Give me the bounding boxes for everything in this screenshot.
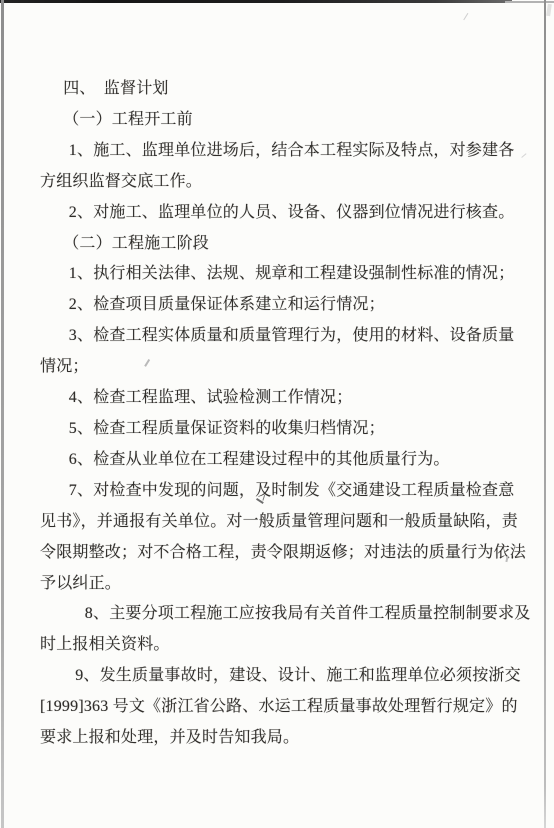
doc-line: 时上报相关资料。 <box>40 630 526 661</box>
doc-line: 5、检查工程质量保证资料的收集归档情况； <box>40 414 526 445</box>
doc-line: 方组织监督交底工作。 <box>40 167 526 198</box>
doc-line: 情况； <box>40 352 526 383</box>
doc-line: [1999]363 号文《浙江省公路、水运工程质量事故处理暂行规定》的 <box>40 692 526 723</box>
doc-line: 9、发生质量事故时，建设、设计、施工和监理单位必须按浙交 <box>40 661 526 692</box>
doc-line: 见书》，并通报有关单位。对一般质量管理问题和一般质量缺陷，责 <box>40 507 526 538</box>
scan-edge-right <box>544 0 546 828</box>
scan-artifact <box>463 13 468 21</box>
scan-edge-left <box>1 0 4 828</box>
doc-line: 4、检查工程监理、试验检测工作情况； <box>40 383 526 414</box>
doc-line: 3、检查工程实体质量和质量管理行为，使用的材料、设备质量 <box>40 321 526 352</box>
subsection-heading: （一）工程开工前 <box>40 105 526 136</box>
doc-line: 8、主要分项工程施工应按我局有关首件工程质量控制制要求及 <box>40 599 526 630</box>
subsection-heading: （二）工程施工阶段 <box>40 229 526 260</box>
scan-corner-smudge <box>546 4 552 16</box>
scan-edge-top-faint <box>505 1 554 3</box>
scanned-document-page: 四、 监督计划 （一）工程开工前 1、施工、监理单位进场后，结合本工程实际及特点… <box>0 0 554 828</box>
doc-line: 要求上报和处理，并及时告知我局。 <box>40 723 526 754</box>
section-heading: 四、 监督计划 <box>40 74 526 105</box>
doc-line: 2、对施工、监理单位的人员、设备、仪器到位情况进行核查。 <box>40 198 526 229</box>
doc-line: 1、执行相关法律、法规、规章和工程建设强制性标准的情况； <box>40 259 526 290</box>
doc-line: 1、施工、监理单位进场后，结合本工程实际及特点，对参建各 <box>40 136 526 167</box>
doc-line: 7、对检查中发现的问题，及时制发《交通建设工程质量检查意 <box>40 476 526 507</box>
scan-edge-top <box>0 0 512 3</box>
doc-line: 令限期整改；对不合格工程，责令限期返修；对违法的质量行为依法 <box>40 538 526 569</box>
doc-line: 6、检查从业单位在工程建设过程中的其他质量行为。 <box>40 445 526 476</box>
document-body: 四、 监督计划 （一）工程开工前 1、施工、监理单位进场后，结合本工程实际及特点… <box>40 74 526 754</box>
doc-line: 予以纠正。 <box>40 569 526 600</box>
doc-line: 2、检查项目质量保证体系建立和运行情况； <box>40 290 526 321</box>
